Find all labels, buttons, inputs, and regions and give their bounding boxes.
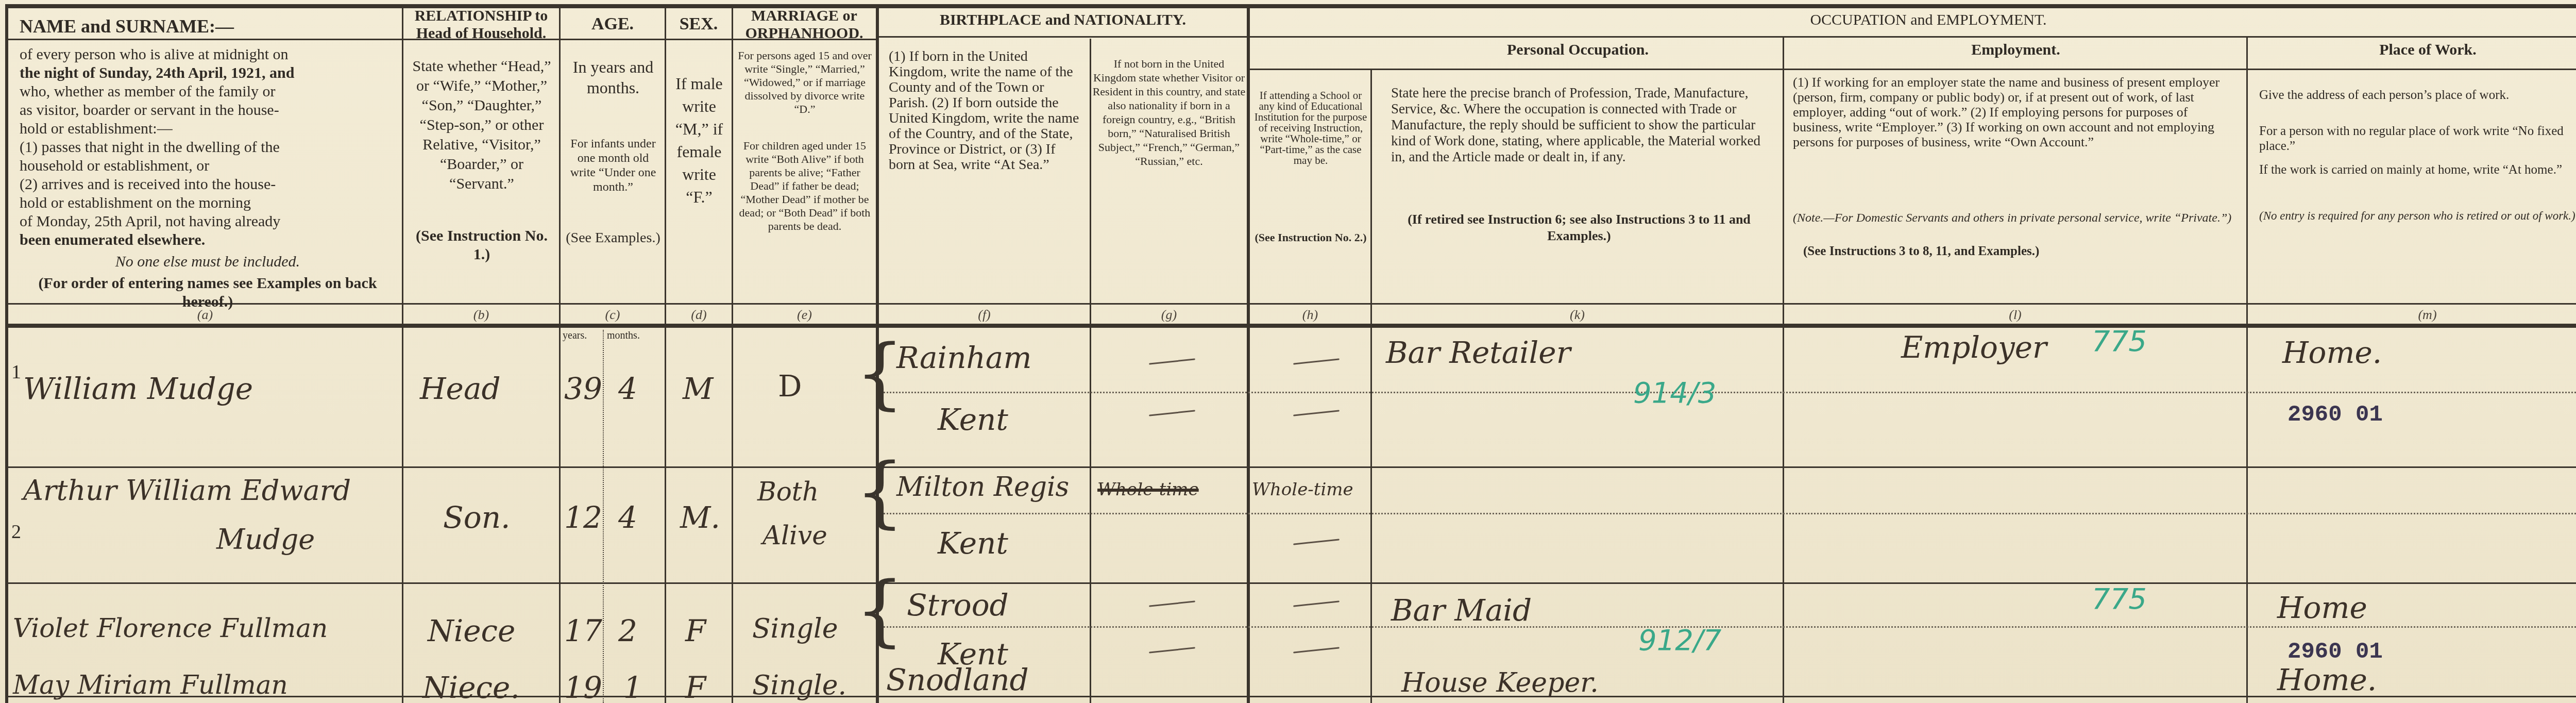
header-age-infants: For infants under one month old write “U… <box>564 137 662 194</box>
nationality-dash <box>1149 600 1195 607</box>
age-years[interactable]: 19 <box>564 670 602 703</box>
relationship[interactable]: Son. <box>443 500 510 535</box>
place-of-work[interactable]: Home. <box>2282 335 2382 370</box>
header-personal-occupation-footer: (If retired see Instruction 6; see also … <box>1391 211 1767 244</box>
age-months[interactable]: 4 <box>618 371 637 406</box>
person-name[interactable]: Violet Florence Fullman <box>13 613 328 643</box>
divider-b-c <box>559 7 561 703</box>
rule-row2-bottom <box>8 582 2576 584</box>
header-marriage-title: MARRIAGE or ORPHANHOOD. <box>734 7 874 42</box>
rule-occ-title <box>1250 36 2576 38</box>
rule-row1-bottom <box>8 466 2576 468</box>
rule-fg-title <box>879 36 1247 38</box>
marriage-status-line2[interactable]: Alive <box>762 521 827 550</box>
place-of-work[interactable]: Home. <box>2277 662 2377 697</box>
col-letter-k: (k) <box>1372 307 1783 323</box>
age-months[interactable]: 4 <box>618 500 637 535</box>
personal-occupation[interactable]: Bar Maid <box>1391 593 1532 628</box>
header-age-footer: (See Examples.) <box>564 229 662 247</box>
divider-h-k <box>1370 70 1372 703</box>
instr-line: as visitor, boarder or servant in the ho… <box>20 101 396 120</box>
col-letter-b: (b) <box>403 307 559 323</box>
person-name[interactable]: William Mudge <box>23 371 253 406</box>
header-employment-footer: (See Instructions 3 to 8, 11, and Exampl… <box>1803 242 2236 261</box>
header-place-of-work-address: Give the address of each person’s place … <box>2259 88 2576 103</box>
school-dash <box>1293 358 1340 364</box>
instr-line: household or establishment, or <box>20 157 396 175</box>
header-place-of-work-title: Place of Work. <box>2249 41 2576 59</box>
divider-f-g <box>1090 39 1091 703</box>
row-number: 2 <box>11 521 21 543</box>
employment-code: 775 <box>2092 325 2147 358</box>
header-place-of-work-home: If the work is carried on mainly at home… <box>2259 162 2576 177</box>
left-border <box>5 4 8 703</box>
birthplace-town[interactable]: Milton Regis <box>896 472 1069 503</box>
instr-line: of Monday, 25th April, not having alread… <box>20 212 396 231</box>
birthplace-county[interactable]: Kent <box>938 526 1008 561</box>
header-employment-title: Employment. <box>1785 41 2246 59</box>
brace-icon: { <box>855 572 904 649</box>
header-school-footer: (See Instruction No. 2.) <box>1252 229 1369 246</box>
age-years[interactable]: 17 <box>564 613 602 648</box>
header-relationship-instructions: State whether “Head,” or “Wife,” “Mother… <box>407 57 556 194</box>
instr-note: No one else must be included. <box>20 253 396 271</box>
header-name-title: NAME and SURNAME:— <box>20 15 380 37</box>
header-marriage-instructions: For persons aged 15 and over write “Sing… <box>736 49 874 116</box>
nationality-dash <box>1149 358 1195 364</box>
instr-line: the night of Sunday, 24th April, 1921, a… <box>20 64 396 82</box>
row-number: 1 <box>11 361 21 383</box>
age-years-label: years. <box>563 330 587 342</box>
header-employment-note: (Note.—For Domestic Servants and others … <box>1793 209 2236 227</box>
occupation-code: 912/7 <box>1638 624 1721 657</box>
school-dash <box>1293 539 1340 545</box>
sex[interactable]: F <box>685 670 706 703</box>
header-name-instructions: of every person who is alive at midnight… <box>20 45 396 311</box>
header-marriage-children: For children aged under 15 write “Both A… <box>736 139 874 233</box>
school-attendance[interactable]: Whole-time <box>1252 479 1353 500</box>
nationality-struck-entry[interactable]: Whole-time <box>1097 479 1199 500</box>
col-letter-l: (l) <box>1784 307 2246 323</box>
header-sex-instructions: If male write “M,” if female write “F.” <box>669 72 730 208</box>
age-years[interactable]: 39 <box>564 371 602 406</box>
col-letter-c: (c) <box>561 307 665 323</box>
header-place-of-work-nofixed: For a person with no regular place of wo… <box>2259 124 2576 154</box>
header-birthplace-instructions: (1) If born in the United Kingdom, write… <box>889 49 1084 173</box>
personal-occupation[interactable]: Bar Retailer <box>1386 335 1570 370</box>
col-letter-d: (d) <box>666 307 732 323</box>
school-dash <box>1293 647 1340 653</box>
header-personal-occupation-title: Personal Occupation. <box>1373 41 1783 59</box>
divider-c-d <box>665 7 666 703</box>
instr-line: (2) arrives and is received into the hou… <box>20 175 396 194</box>
col-letter-m: (m) <box>2248 307 2576 323</box>
dotted-row2 <box>881 513 2576 514</box>
col-letter-a: (a) <box>8 307 402 323</box>
birthplace-town[interactable]: Snodland <box>886 662 1029 697</box>
instr-line: hold or establishment on the morning <box>20 194 396 212</box>
divider-k-l <box>1783 36 1784 703</box>
age-months-label: months. <box>607 330 640 342</box>
instr-line: hold or establishment:— <box>20 120 396 138</box>
sex[interactable]: F <box>685 613 706 648</box>
divider-g-h <box>1247 7 1250 703</box>
header-age-title: AGE. <box>562 15 664 33</box>
nationality-dash <box>1149 647 1195 653</box>
dotted-row1 <box>881 392 2576 393</box>
birthplace-county[interactable]: Kent <box>938 402 1008 437</box>
header-school-instructions: If attending a School or any kind of Edu… <box>1252 90 1369 166</box>
birthplace-town[interactable]: Rainham <box>896 340 1031 375</box>
header-place-of-work-note: (No entry is required for any person who… <box>2259 209 2576 223</box>
sex[interactable]: M <box>683 371 713 406</box>
occupation-code: 914/3 <box>1633 376 1716 410</box>
col-letter-e: (e) <box>733 307 876 323</box>
top-border <box>5 4 2576 8</box>
instr-line: of every person who is alive at midnight… <box>20 45 396 64</box>
marriage-status[interactable]: D <box>778 369 802 404</box>
divider-a-b <box>402 7 403 703</box>
school-dash <box>1293 600 1340 607</box>
instr-line: been enumerated elsewhere. <box>20 231 396 249</box>
col-letter-h: (h) <box>1250 307 1370 323</box>
place-of-work-stamp: 2960 01 <box>2287 402 2383 428</box>
relationship[interactable]: Niece. <box>422 670 520 703</box>
header-employment-instructions: (1) If working for an employer state the… <box>1793 75 2236 149</box>
age-months[interactable]: 1 <box>623 670 642 703</box>
header-sex-title: SEX. <box>667 15 730 33</box>
rule-occ-sub <box>1250 69 2576 70</box>
header-birthplace-title: BIRTHPLACE and NATIONALITY. <box>879 11 1247 29</box>
place-of-work[interactable]: Home <box>2277 590 2367 625</box>
instr-line: (1) passes that night in the dwelling of… <box>20 138 396 157</box>
divider-years-months <box>603 330 605 703</box>
school-dash <box>1293 410 1340 416</box>
employment-code: 775 <box>2092 582 2147 616</box>
header-personal-occupation-instructions: State here the precise branch of Profess… <box>1391 85 1767 165</box>
census-schedule-page: NAME and SURNAME:— of every person who i… <box>0 0 2576 703</box>
header-occupation-title: OCCUPATION and EMPLOYMENT. <box>1250 11 2576 29</box>
header-nationality-instructions: If not born in the United Kingdom state … <box>1092 57 1246 168</box>
rule-letter-bottom <box>8 324 2576 328</box>
employment[interactable]: Employer <box>1901 330 2047 365</box>
rule-row3-bottom <box>8 696 2576 697</box>
divider-l-m <box>2246 36 2248 703</box>
header-age-instructions: In years and months. <box>564 57 662 98</box>
age-months[interactable]: 2 <box>618 613 637 648</box>
marriage-status[interactable]: Single. <box>752 670 846 701</box>
person-name[interactable]: Arthur William Edward <box>23 474 351 507</box>
dotted-row3 <box>881 626 2576 628</box>
person-surname[interactable]: Mudge <box>216 523 315 556</box>
place-of-work-stamp: 2960 01 <box>2287 639 2383 665</box>
header-relationship-footer: (See Instruction No. 1.) <box>407 227 556 264</box>
birthplace-town[interactable]: Strood <box>907 588 1009 623</box>
nationality-dash <box>1149 410 1195 416</box>
relationship[interactable]: Niece <box>428 613 515 648</box>
personal-occupation[interactable]: House Keeper. <box>1401 667 1599 698</box>
divider-d-e <box>732 7 733 703</box>
relationship[interactable]: Head <box>420 371 501 406</box>
col-letter-g: (g) <box>1091 307 1247 323</box>
personal-occupation[interactable] <box>1381 479 1381 480</box>
header-relationship-title: RELATIONSHIP to Head of Household. <box>404 7 558 42</box>
marriage-status[interactable]: Single <box>752 613 838 644</box>
marriage-status-line1[interactable]: Both <box>757 477 819 507</box>
age-years[interactable]: 12 <box>564 500 602 535</box>
rule-a-title <box>8 39 402 40</box>
sex[interactable]: M. <box>680 500 720 535</box>
col-letter-f: (f) <box>879 307 1090 323</box>
instr-footer: (For order of entering names see Example… <box>20 274 396 311</box>
person-name[interactable]: May Miriam Fullman <box>13 670 288 700</box>
instr-line: who, whether as member of the family or <box>20 82 396 101</box>
